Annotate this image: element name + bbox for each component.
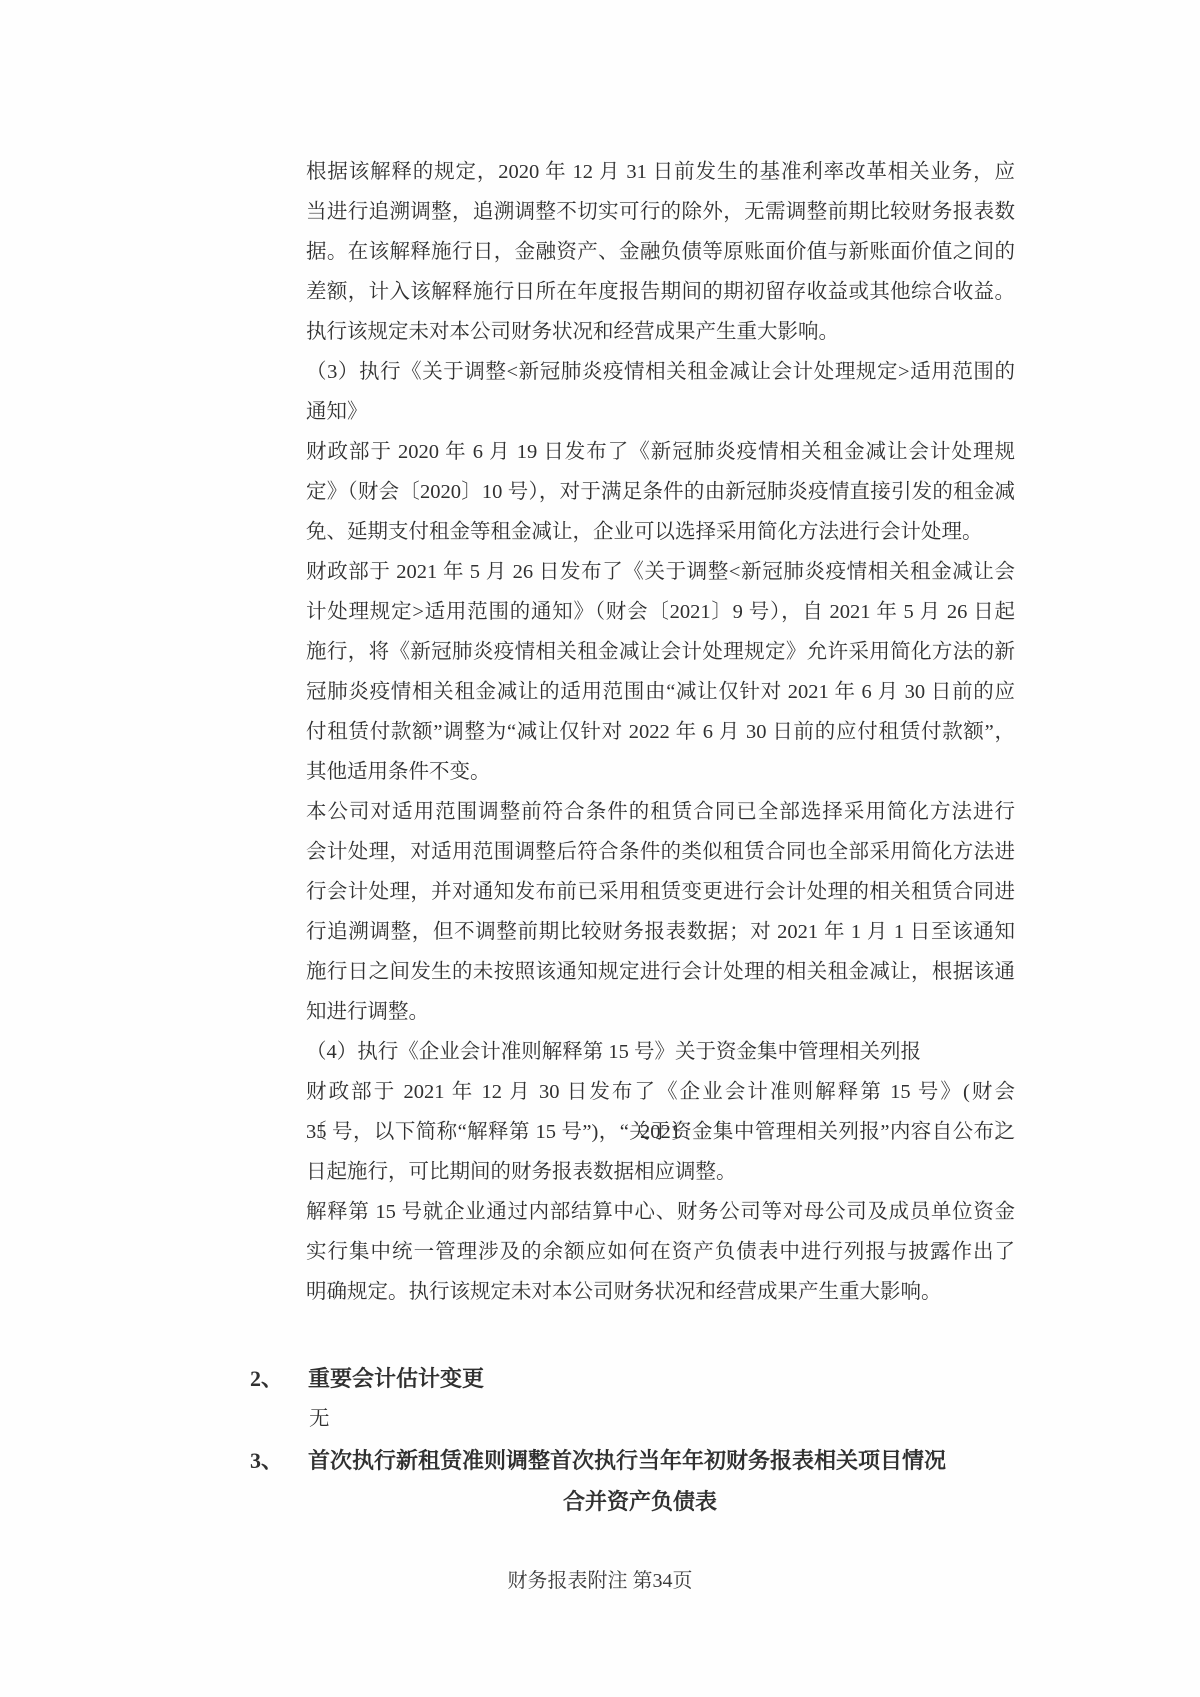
text-line: （4）执行《企业会计准则解释第 15 号》关于资金集中管理相关列报 — [306, 1032, 1015, 1072]
body-text-block: 根据该解释的规定，2020 年 12 月 31 日前发生的基准利率改革相关业务，… — [306, 152, 1015, 1312]
text-line: 据。在该解释施行日，金融资产、金融负债等原账面价值与新账面价值之间的 — [306, 232, 1015, 272]
text-line: 执行该规定未对本公司财务状况和经营成果产生重大影响。 — [306, 312, 1015, 352]
text-line: 施行日之间发生的未按照该通知规定进行会计处理的相关租金减让，根据该通 — [306, 952, 1015, 992]
table-subtitle: 合并资产负债表 — [306, 1488, 974, 1516]
item-2-title: 重要会计估计变更 — [308, 1365, 484, 1393]
text-line: 其他适用条件不变。 — [306, 752, 1015, 792]
text-line: 知进行调整。 — [306, 992, 1015, 1032]
text-line: 行会计处理，并对通知发布前已采用租赁变更进行会计处理的相关租赁合同进 — [306, 872, 1015, 912]
text-line: 通知》 — [306, 392, 1015, 432]
text-line: 定》（财会〔2020〕10 号），对于满足条件的由新冠肺炎疫情直接引发的租金减 — [306, 472, 1015, 512]
text-line: 冠肺炎疫情相关租金减让的适用范围由“减让仅针对 2021 年 6 月 30 日前… — [306, 672, 1015, 712]
text-line: 差额，计入该解释施行日所在年度报告期间的期初留存收益或其他综合收益。 — [306, 272, 1015, 312]
document-page: 根据该解释的规定，2020 年 12 月 31 日前发生的基准利率改革相关业务，… — [0, 0, 1200, 1697]
item-3-heading: 3、 首次执行新租赁准则调整首次执行当年年初财务报表相关项目情况 — [250, 1447, 946, 1475]
text-line: 免、延期支付租金等租金减让，企业可以选择采用简化方法进行会计处理。 — [306, 512, 1015, 552]
text-line: 35 号，以下简称“解释第 15 号”)，“关于资金集中管理相关列报”内容自公布… — [306, 1112, 1015, 1152]
text-line: 实行集中统一管理涉及的余额应如何在资产负债表中进行列报与披露作出了 — [306, 1232, 1015, 1272]
text-line: 当进行追溯调整，追溯调整不切实可行的除外，无需调整前期比较财务报表数 — [306, 192, 1015, 232]
item-2-value: 无 — [309, 1405, 330, 1433]
text-line: （3）执行《关于调整<新冠肺炎疫情相关租金减让会计处理规定>适用范围的 — [306, 352, 1015, 392]
text-line: 财政部于 2021 年 5 月 26 日发布了《关于调整<新冠肺炎疫情相关租金减… — [306, 552, 1015, 592]
item-3-title: 首次执行新租赁准则调整首次执行当年年初财务报表相关项目情况 — [308, 1447, 946, 1475]
text-line: 会计处理，对适用范围调整后符合条件的类似租赁合同也全部采用简化方法进 — [306, 832, 1015, 872]
text-line: 付租赁付款额”调整为“减让仅针对 2022 年 6 月 30 日前的应付租赁付款… — [306, 712, 1015, 752]
item-3-number: 3、 — [250, 1447, 308, 1475]
page-footer: 财务报表附注 第34页 — [0, 1567, 1200, 1595]
text-line: 财政部于 2021 年 12 月 30 日发布了《企业会计准则解释第 15 号》… — [306, 1072, 1015, 1112]
text-line: 计处理规定>适用范围的通知》（财会〔2021〕9 号），自 2021 年 5 月… — [306, 592, 1015, 632]
text-line: 财政部于 2020 年 6 月 19 日发布了《新冠肺炎疫情相关租金减让会计处理… — [306, 432, 1015, 472]
text-line: 根据该解释的规定，2020 年 12 月 31 日前发生的基准利率改革相关业务，… — [306, 152, 1015, 192]
text-line: 本公司对适用范围调整前符合条件的租赁合同已全部选择采用简化方法进行 — [306, 792, 1015, 832]
item-2-number: 2、 — [250, 1365, 308, 1393]
text-line: 日起施行，可比期间的财务报表数据相应调整。 — [306, 1152, 1015, 1192]
text-line: 行追溯调整，但不调整前期比较财务报表数据；对 2021 年 1 月 1 日至该通… — [306, 912, 1015, 952]
text-line: 明确规定。执行该规定未对本公司财务状况和经营成果产生重大影响。 — [306, 1272, 1015, 1312]
text-line: 施行，将《新冠肺炎疫情相关租金减让会计处理规定》允许采用简化方法的新 — [306, 632, 1015, 672]
item-2-heading: 2、 重要会计估计变更 — [250, 1365, 484, 1393]
text-line: 解释第 15 号就企业通过内部结算中心、财务公司等对母公司及成员单位资金 — [306, 1192, 1015, 1232]
